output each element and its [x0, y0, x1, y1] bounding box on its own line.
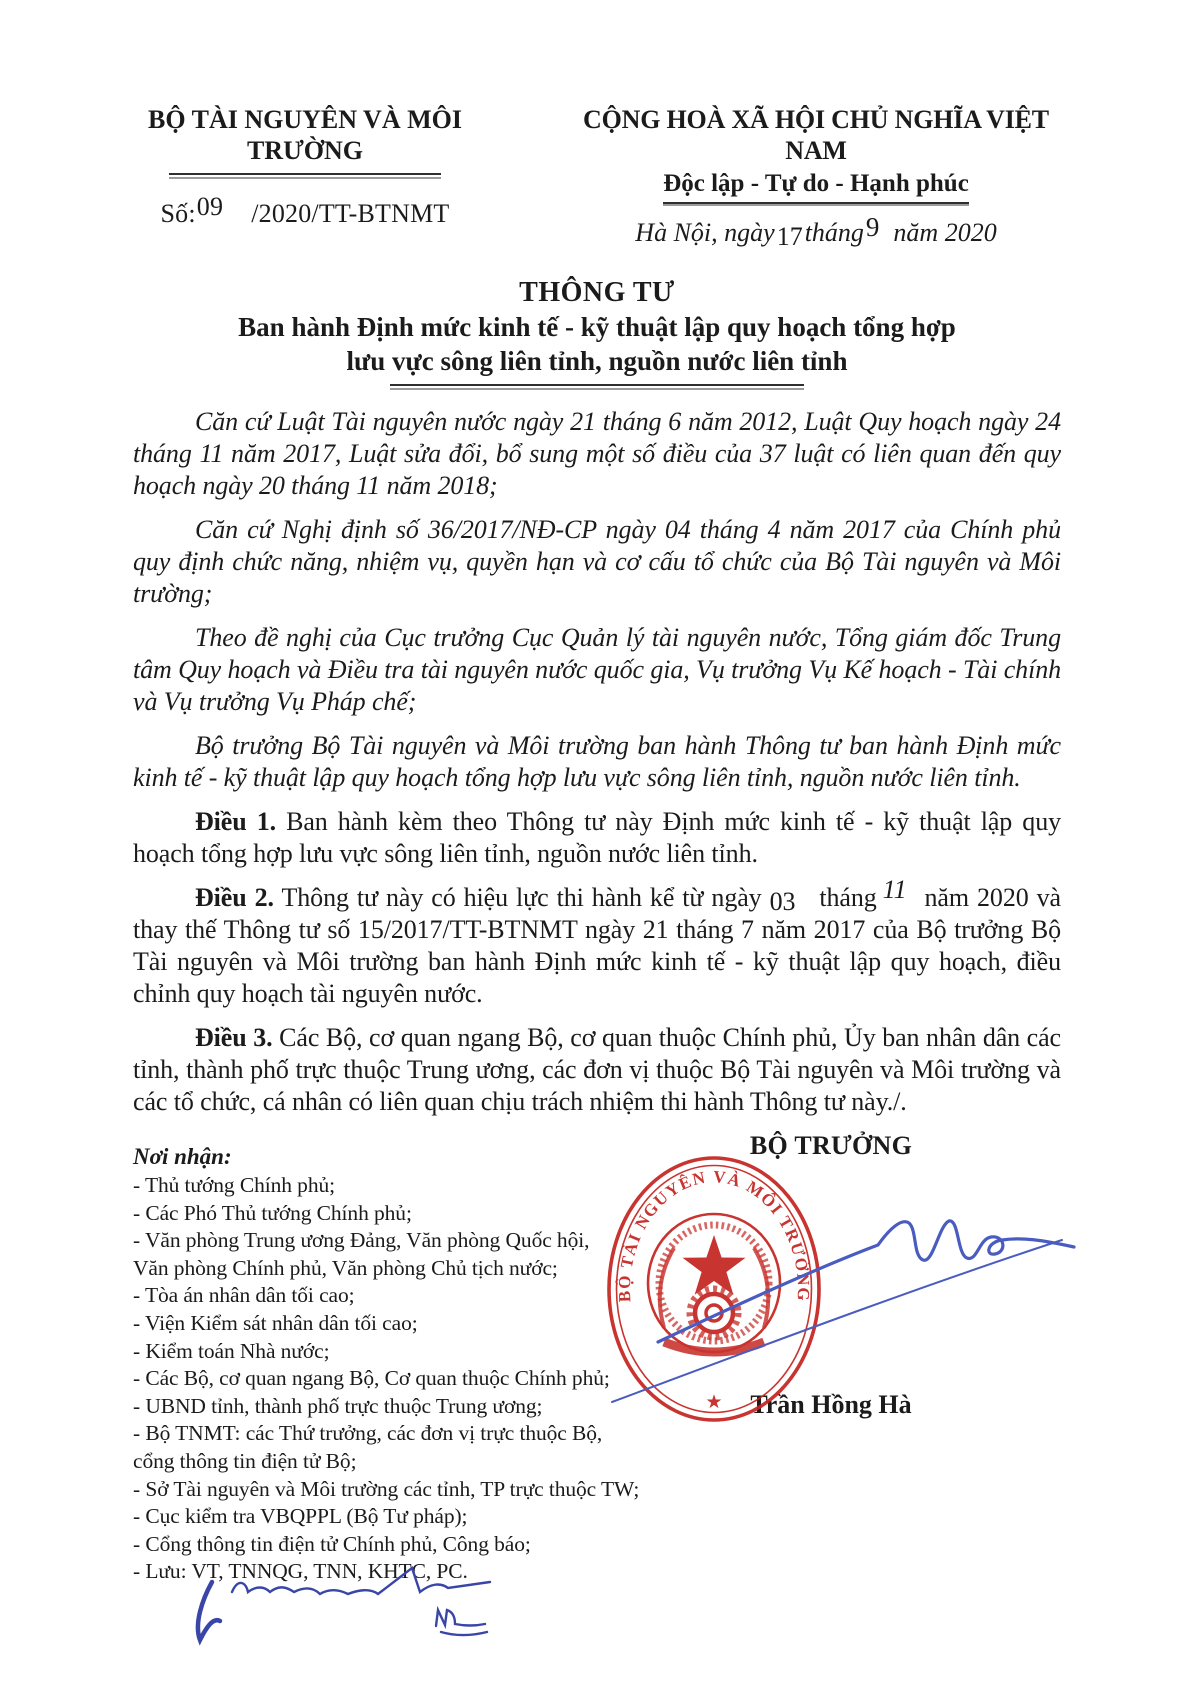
place-date-line: Hà Nội, ngày17tháng9năm 2020 — [555, 217, 1077, 248]
document-number: Số:09/2020/TT-BTNMT — [105, 199, 505, 229]
document-content: BỘ TÀI NGUYÊN VÀ MÔI TRƯỜNG Số:09/2020/T… — [133, 104, 1061, 1130]
recipient-line: - Sở Tài nguyên và Môi trường các tỉnh, … — [133, 1476, 723, 1504]
document-page: BỘ TÀI NGUYÊN VÀ MÔI TRƯỜNG Số:09/2020/T… — [0, 0, 1190, 1684]
article-2-effective-day: 03 — [770, 887, 796, 916]
article-2-seg1: Thông tư này có hiệu lực thi hành kể từ … — [281, 883, 761, 912]
date-month: 9 — [866, 212, 880, 242]
signature-ink-icon — [570, 1190, 1090, 1425]
preamble-paragraph: Căn cứ Nghị định số 36/2017/NĐ-CP ngày 0… — [133, 514, 1061, 610]
date-post: năm 2020 — [893, 218, 996, 247]
recipient-line: - Cục kiểm tra VBQPPL (Bộ Tư pháp); — [133, 1503, 723, 1531]
article-3-text: Các Bộ, cơ quan ngang Bộ, cơ quan thuộc … — [133, 1023, 1061, 1116]
article-2-seg2: tháng — [819, 883, 876, 912]
doc-no-suffix: /2020/TT-BTNMT — [251, 199, 449, 228]
national-title: CỘNG HOÀ XÃ HỘI CHỦ NGHĨA VIỆT NAM — [555, 104, 1077, 166]
agency-underline — [169, 173, 441, 177]
article-1-label: Điều 1. — [195, 807, 276, 836]
article-3: Điều 3. Các Bộ, cơ quan ngang Bộ, cơ qua… — [133, 1022, 1061, 1118]
title-underline — [390, 384, 804, 388]
articles: Điều 1. Ban hành kèm theo Thông tư này Đ… — [133, 806, 1061, 1118]
date-day: 17 — [777, 222, 803, 251]
preamble: Căn cứ Luật Tài nguyên nước ngày 21 thán… — [133, 406, 1061, 794]
article-3-label: Điều 3. — [195, 1023, 273, 1052]
document-header: BỘ TÀI NGUYÊN VÀ MÔI TRƯỜNG Số:09/2020/T… — [133, 104, 1061, 248]
doc-no-label: Số: — [161, 199, 196, 228]
document-type: THÔNG TƯ — [133, 276, 1061, 310]
ink-initials-icon — [150, 1540, 650, 1680]
national-motto: Độc lập - Tự do - Hạnh phúc — [663, 169, 969, 204]
date-mid: tháng — [805, 218, 864, 247]
preamble-paragraph: Bộ trưởng Bộ Tài nguyên và Môi trường ba… — [133, 730, 1061, 794]
title-line-2: lưu vực sông liên tỉnh, nguồn nước liên … — [133, 344, 1061, 378]
title-line-1: Ban hành Định mức kinh tế - kỹ thuật lập… — [133, 310, 1061, 344]
date-pre: Hà Nội, ngày — [635, 218, 774, 247]
preamble-paragraph: Theo đề nghị của Cục trưởng Cục Quản lý … — [133, 622, 1061, 718]
article-2-label: Điều 2. — [195, 883, 274, 912]
preamble-paragraph: Căn cứ Luật Tài nguyên nước ngày 21 thán… — [133, 406, 1061, 502]
article-2-effective-month: 11 — [883, 875, 907, 904]
article-2: Điều 2. Thông tư này có hiệu lực thi hàn… — [133, 882, 1061, 1010]
article-1: Điều 1. Ban hành kèm theo Thông tư này Đ… — [133, 806, 1061, 870]
document-title: THÔNG TƯ Ban hành Định mức kinh tế - kỹ … — [133, 276, 1061, 388]
national-motto-block: CỘNG HOÀ XÃ HỘI CHỦ NGHĨA VIỆT NAM Độc l… — [555, 104, 1077, 248]
doc-no-value: 09 — [197, 192, 223, 221]
issuing-agency-name: BỘ TÀI NGUYÊN VÀ MÔI TRƯỜNG — [105, 104, 505, 166]
recipient-line: cổng thông tin điện tử Bộ; — [133, 1448, 723, 1476]
issuing-agency-block: BỘ TÀI NGUYÊN VÀ MÔI TRƯỜNG Số:09/2020/T… — [105, 104, 505, 229]
